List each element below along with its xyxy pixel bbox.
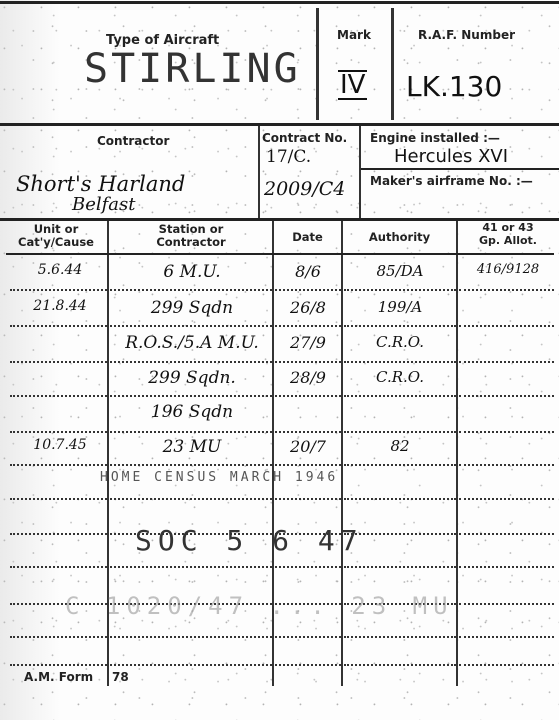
row-dotted-line — [110, 664, 272, 666]
row-dotted-line — [110, 566, 272, 568]
row-dotted-line — [344, 289, 456, 291]
cell-unit: 5.6.44 — [14, 262, 106, 278]
row-dotted-line — [110, 498, 272, 500]
type-of-aircraft-value: STIRLING — [84, 46, 301, 92]
row-dotted-line — [10, 289, 107, 291]
row-dotted-line — [110, 325, 272, 327]
row-dotted-line — [10, 664, 107, 666]
row-dotted-line — [10, 533, 107, 535]
mark-value: IV — [338, 70, 367, 100]
header-divider-1 — [316, 8, 319, 120]
row-dotted-line — [459, 431, 554, 433]
cell-station: 6 M.U. — [112, 262, 272, 282]
row-dotted-line — [10, 464, 107, 466]
row-dotted-line — [344, 664, 456, 666]
row-dotted-line — [10, 431, 107, 433]
row-dotted-line — [275, 325, 341, 327]
column-header-rule — [6, 253, 554, 255]
row-dotted-line — [459, 464, 554, 466]
row-dotted-line — [110, 636, 272, 638]
cell-unit: 21.8.44 — [14, 298, 106, 314]
faded-stamp: C 1020/47 ... 23 MU — [65, 592, 454, 620]
row-dotted-line — [10, 498, 107, 500]
row-dotted-line — [110, 289, 272, 291]
row-dotted-line — [275, 431, 341, 433]
row-dotted-line — [459, 636, 554, 638]
row-dotted-line — [459, 289, 554, 291]
row-dotted-line — [10, 361, 107, 363]
contract-number-line1: 17/C. — [266, 147, 311, 167]
cell-date: 26/8 — [276, 298, 340, 317]
row-dotted-line — [110, 361, 272, 363]
row-dotted-line — [459, 533, 554, 535]
contract-divider — [258, 126, 260, 218]
row-dotted-line — [275, 664, 341, 666]
contractor-value: Short's Harland — [16, 172, 185, 196]
row-dotted-line — [459, 566, 554, 568]
cell-station: 23 MU — [112, 437, 272, 457]
cell-authority: C.R.O. — [345, 333, 455, 351]
col-header-authority: Authority — [343, 230, 456, 244]
cell-station: 299 Sqdn. — [112, 368, 272, 388]
row-dotted-line — [459, 603, 554, 605]
form-label: A.M. Form — [24, 670, 93, 684]
cell-authority: 82 — [345, 437, 455, 455]
contract-number-line2: 2009/C4 — [264, 178, 345, 200]
col-header-unit-line2: Cat'y/Cause — [6, 236, 106, 249]
row-dotted-line — [110, 464, 272, 466]
col-header-unit: Unit or Cat'y/Cause — [6, 223, 106, 249]
col-header-station: Station or Contractor — [110, 223, 272, 249]
cell-station: 299 Sqdn — [112, 298, 272, 318]
engine-divider — [359, 126, 361, 218]
top-border — [0, 1, 559, 4]
row-dotted-line — [459, 325, 554, 327]
cell-authority: C.R.O. — [345, 368, 455, 386]
row-dotted-line — [459, 664, 554, 666]
row-dotted-line — [275, 636, 341, 638]
row-dotted-line — [110, 395, 272, 397]
row-dotted-line — [275, 289, 341, 291]
col-header-station-line2: Contractor — [110, 236, 272, 249]
row-dotted-line — [10, 325, 107, 327]
struck-off-charge-stamp: SOC 5 6 47 — [135, 524, 364, 557]
cell-station: R.O.S./5.A M.U. — [112, 333, 272, 353]
col-header-allot-line2: Gp. Allot. — [458, 234, 558, 247]
row-dotted-line — [344, 395, 456, 397]
header-divider-2 — [391, 8, 394, 120]
engine-installed-value: Hercules XVI — [394, 146, 508, 167]
row-dotted-line — [10, 636, 107, 638]
row-dotted-line — [344, 498, 456, 500]
form-number: 78 — [112, 670, 129, 684]
row-dotted-line — [110, 431, 272, 433]
row-dotted-line — [344, 464, 456, 466]
row-dotted-line — [275, 566, 341, 568]
row-dotted-line — [275, 361, 341, 363]
row-dotted-line — [344, 361, 456, 363]
scan-shading — [0, 0, 60, 720]
row-dotted-line — [275, 464, 341, 466]
cell-authority: 85/DA — [345, 262, 455, 280]
contractor-label: Contractor — [97, 134, 169, 148]
cell-allot: 416/9128 — [459, 262, 557, 277]
cell-station: 196 Sqdn — [112, 402, 272, 422]
engine-installed-label: Engine installed :— — [370, 131, 500, 145]
header-bottom-rule — [0, 123, 559, 126]
row-dotted-line — [10, 566, 107, 568]
mark-label: Mark — [337, 28, 371, 42]
census-stamp: HOME CENSUS MARCH 1946 — [100, 470, 338, 485]
raf-number-value: LK.130 — [406, 70, 502, 103]
record-card: Type of Aircraft STIRLING Mark IV R.A.F.… — [0, 0, 559, 720]
row-dotted-line — [344, 431, 456, 433]
row-dotted-line — [344, 325, 456, 327]
row-dotted-line — [275, 498, 341, 500]
row-dotted-line — [344, 566, 456, 568]
row-dotted-line — [344, 636, 456, 638]
contractor-location: Belfast — [72, 194, 136, 215]
engine-airframe-rule — [361, 168, 559, 170]
cell-date: 27/9 — [276, 333, 340, 352]
cell-date: 8/6 — [276, 262, 340, 281]
raf-number-label: R.A.F. Number — [418, 28, 515, 42]
cell-date: 28/9 — [276, 368, 340, 387]
row-dotted-line — [459, 395, 554, 397]
col-header-allot-line1: 41 or 43 — [458, 221, 558, 234]
makers-airframe-label: Maker's airframe No. :— — [370, 174, 533, 188]
col-header-allot: 41 or 43 Gp. Allot. — [458, 221, 558, 247]
cell-unit: 10.7.45 — [14, 437, 106, 453]
col-header-date: Date — [274, 230, 341, 244]
cell-date: 20/7 — [276, 437, 340, 456]
contract-number-label: Contract No. — [262, 131, 347, 145]
row-dotted-line — [275, 395, 341, 397]
row-dotted-line — [459, 361, 554, 363]
col-divider-4 — [456, 221, 458, 686]
cell-authority: 199/A — [345, 298, 455, 316]
row-dotted-line — [459, 498, 554, 500]
row-dotted-line — [10, 395, 107, 397]
